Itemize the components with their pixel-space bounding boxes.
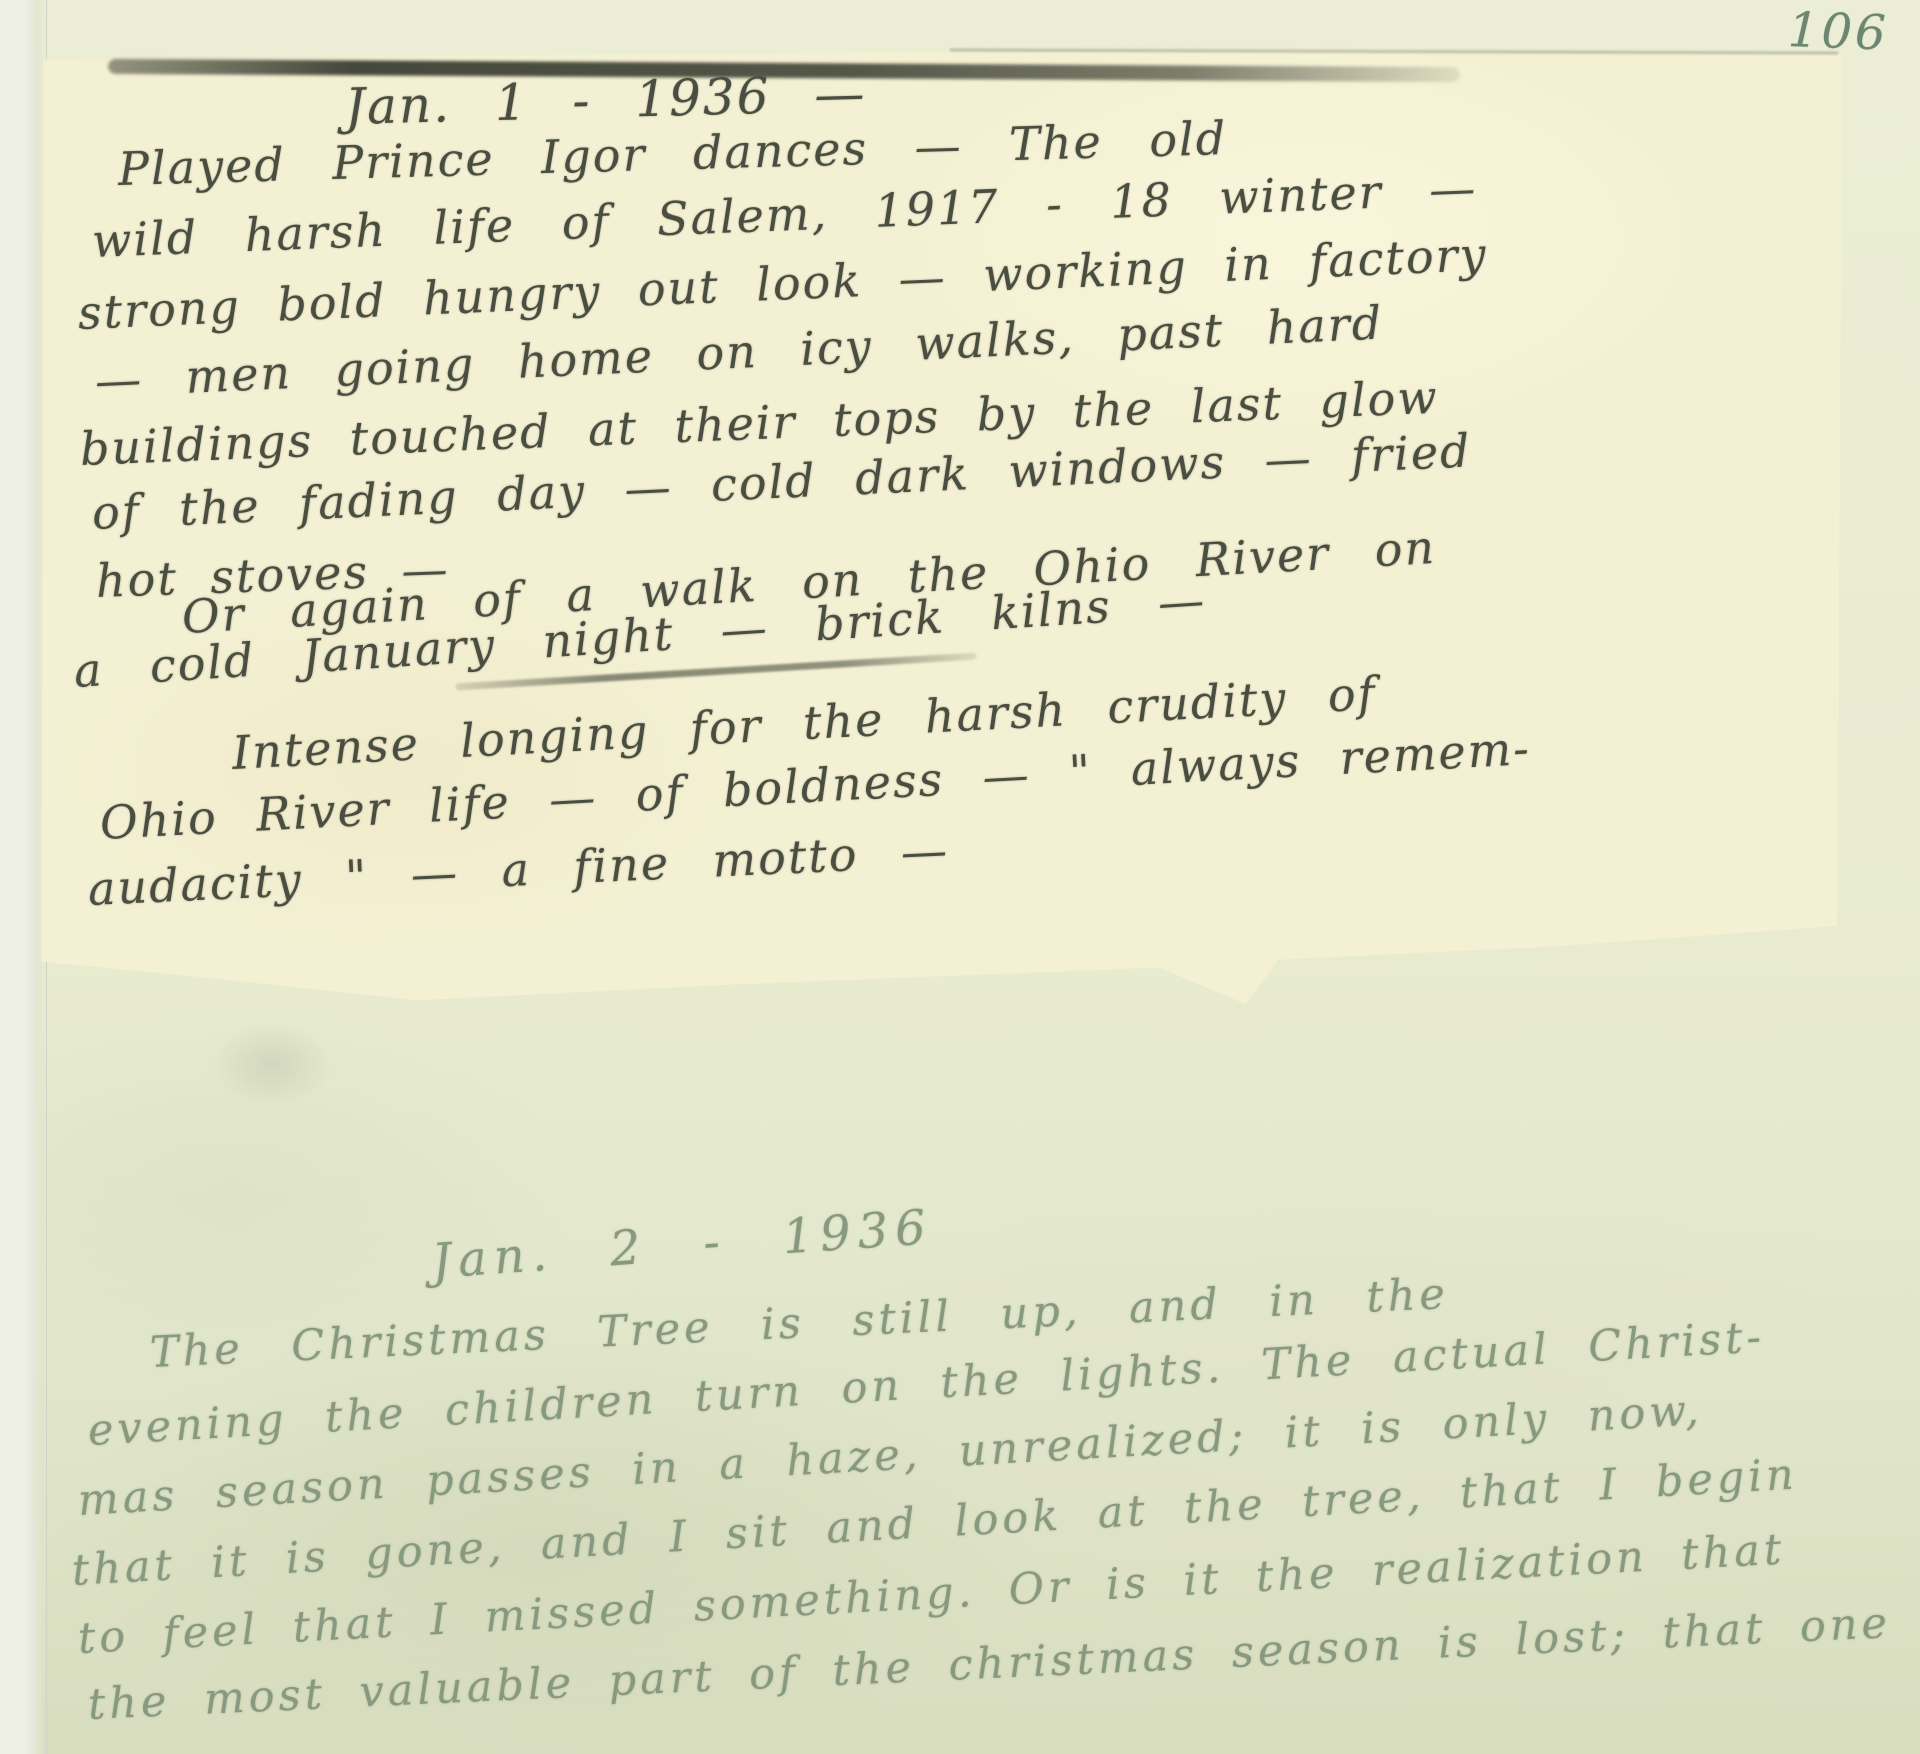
pencil-smudge: [212, 1022, 332, 1106]
scrapbook-page: 106 Jan. 1 - 1936 — Played Prince Igor d…: [0, 0, 1920, 1754]
page-number: 106: [1787, 6, 1889, 57]
page-left-edge: [0, 0, 47, 1754]
entry2-date-heading: Jan. 2 - 1936: [430, 1203, 934, 1286]
